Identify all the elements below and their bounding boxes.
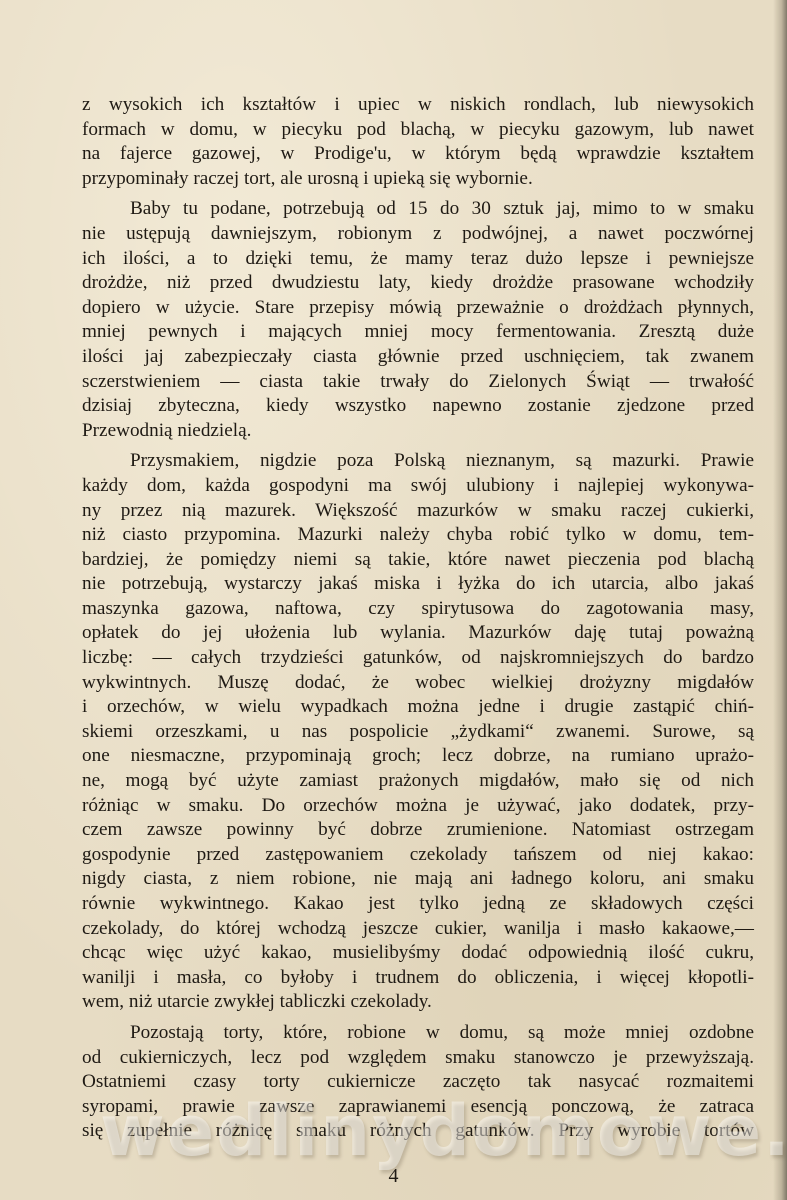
text-line: ne, mogą być użyte zamiast prażonych mig… — [82, 769, 754, 794]
text-line: skiemi orzeszkami, u nas pospolicie „żyd… — [82, 720, 754, 745]
text-line: równie wykwintnego. Kakao jest tylko jed… — [82, 892, 754, 917]
text-line: dopiero w użycie. Stare przepisy mówią p… — [82, 296, 754, 321]
text-line: Przysmakiem, nigdzie poza Polską nieznan… — [82, 449, 754, 474]
page-edge-shadow — [773, 0, 787, 1200]
body-text: z wysokich ich kształtów i upiec w niski… — [82, 93, 754, 1150]
text-line: dzisiaj zbyteczna, kiedy wszystko napewn… — [82, 394, 754, 419]
paragraph-3: Przysmakiem, nigdzie poza Polską nieznan… — [82, 449, 754, 1015]
text-line: na fajerce gazowej, w Prodige'u, w który… — [82, 142, 754, 167]
text-line: Ostatniemi czasy torty cukiernicze zaczę… — [82, 1070, 754, 1095]
text-line: ny przez nią mazurek. Większość mazurków… — [82, 499, 754, 524]
text-line: niż ciasto przypomina. Mazurki należy ch… — [82, 523, 754, 548]
text-line: gospodynie przed zastępowaniem czekolady… — [82, 843, 754, 868]
text-line: z wysokich ich kształtów i upiec w niski… — [82, 93, 754, 118]
text-line: nie potrzebują, wystarczy jakaś miska i … — [82, 572, 754, 597]
text-line: syropami, prawie zawsze zaprawianemi ese… — [82, 1095, 754, 1120]
text-line: liczbę: — całych trzydzieści gatunków, o… — [82, 646, 754, 671]
text-line: Przewodnią niedzielą. — [82, 419, 754, 444]
text-line: drożdże, niż przed dwudziestu laty, kied… — [82, 271, 754, 296]
text-line: nie ustępują dawniejszym, robionym z pod… — [82, 222, 754, 247]
text-line: od cukierniczych, lecz pod względem smak… — [82, 1046, 754, 1071]
text-line: i orzechów, w wielu wypadkach można jedn… — [82, 695, 754, 720]
text-line: nigdy ciasta, z niem robione, nie mają a… — [82, 867, 754, 892]
text-line: ilości jaj zabezpieczały ciasta głównie … — [82, 345, 754, 370]
text-line: Baby tu podane, potrzebują od 15 do 30 s… — [82, 197, 754, 222]
text-line: chcąc więc użyć kakao, musielibyśmy doda… — [82, 941, 754, 966]
text-line: bardziej, że pomiędzy niemi są takie, kt… — [82, 548, 754, 573]
text-line: Pozostają torty, które, robione w domu, … — [82, 1021, 754, 1046]
text-line: się zupełnie różnicę smaku różnych gatun… — [82, 1119, 754, 1144]
text-line: różniąc w smaku. Do orzechów można je uż… — [82, 794, 754, 819]
text-line: czem zawsze powinny być dobrze zrumienio… — [82, 818, 754, 843]
text-line: przypominały raczej tort, ale urosną i u… — [82, 167, 754, 192]
paragraph-4: Pozostają torty, które, robione w domu, … — [82, 1021, 754, 1144]
text-line: wem, niż utarcie zwykłej tabliczki czeko… — [82, 990, 754, 1015]
text-line: wykwintnych. Muszę dodać, że wobec wielk… — [82, 671, 754, 696]
text-line: formach w domu, w piecyku pod blachą, w … — [82, 118, 754, 143]
page-number: 4 — [0, 1165, 787, 1188]
text-line: czekolady, do której wchodzą jeszcze cuk… — [82, 917, 754, 942]
text-line: wanilji i masła, co byłoby i trudnem do … — [82, 966, 754, 991]
text-line: opłatek do jej ułożenia lub wylania. Maz… — [82, 621, 754, 646]
text-line: one niesmaczne, przypominają groch; lecz… — [82, 744, 754, 769]
text-line: każdy dom, każda gospodyni ma swój ulubi… — [82, 474, 754, 499]
paragraph-2: Baby tu podane, potrzebują od 15 do 30 s… — [82, 197, 754, 443]
text-line: mniej pewnych i mających mniej mocy ferm… — [82, 320, 754, 345]
paragraph-1: z wysokich ich kształtów i upiec w niski… — [82, 93, 754, 191]
text-line: maszynka gazowa, naftowa, czy spirytusow… — [82, 597, 754, 622]
text-line: sczerstwieniem — ciasta takie trwały do … — [82, 370, 754, 395]
text-line: ich ilości, a to dzięki temu, że mamy te… — [82, 247, 754, 272]
